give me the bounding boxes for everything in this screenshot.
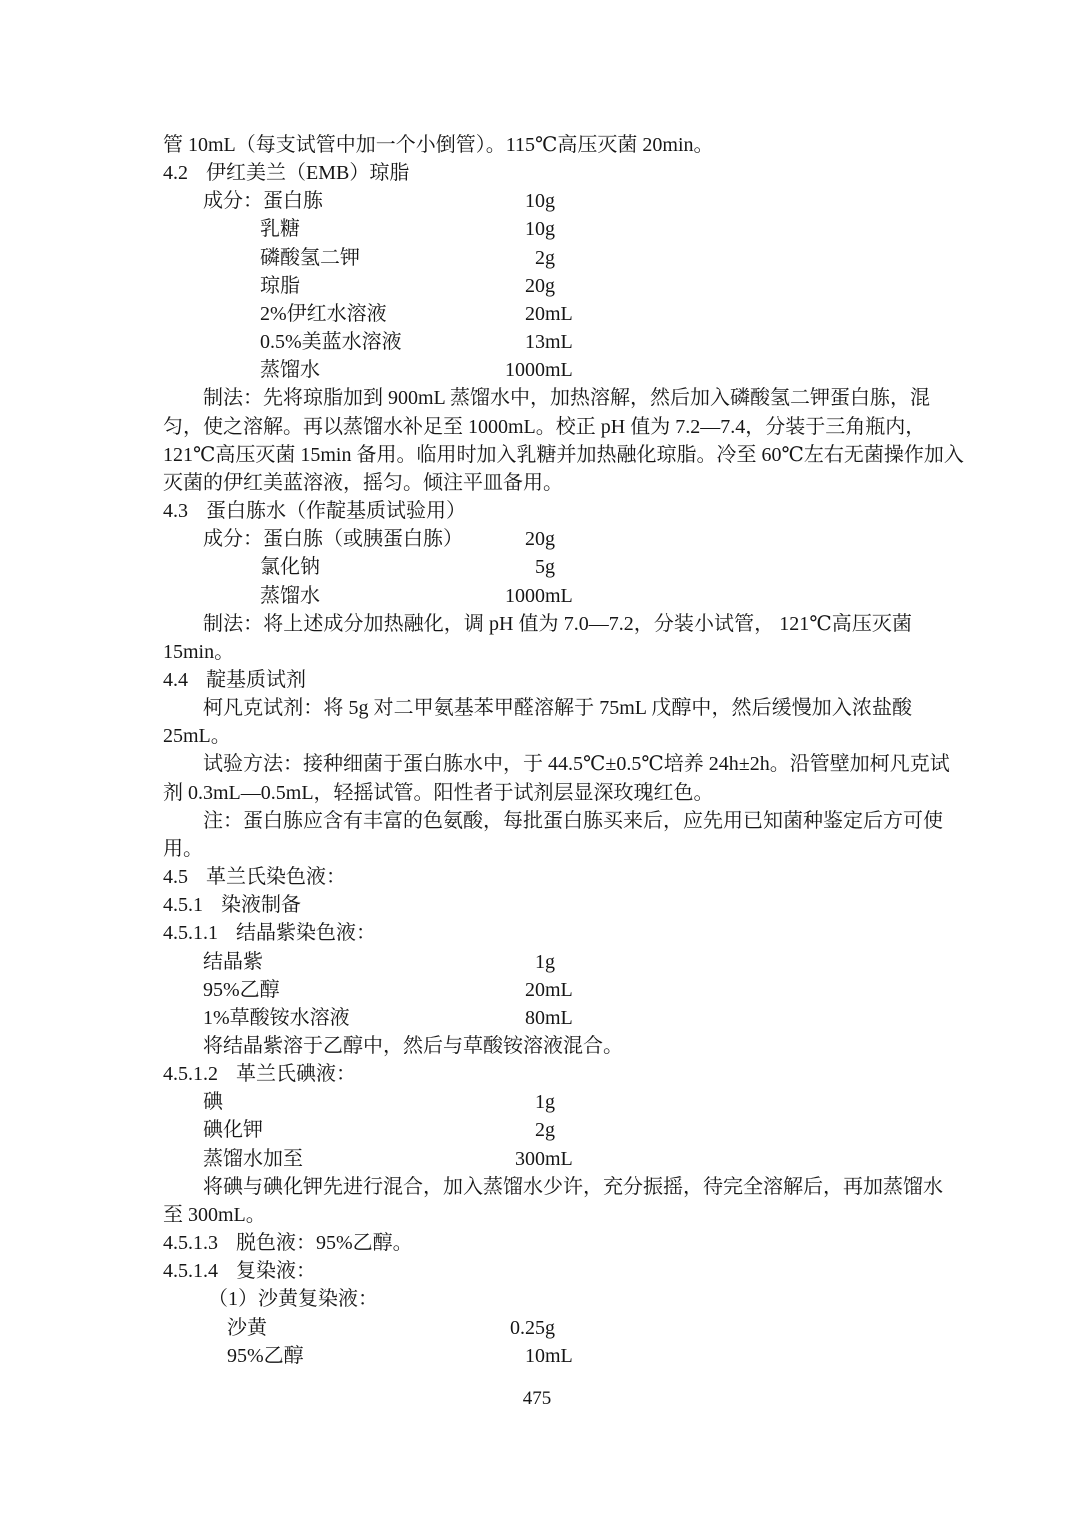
heading-4-5-1-1: 4.5.1.1结晶紫染色液： (163, 919, 912, 947)
ingredient-amount-number: 5 (445, 553, 545, 581)
ingredient-amount-unit: g (545, 951, 555, 973)
ingredient-amount-unit: g (545, 528, 555, 550)
ingredient-amount: 20mL (445, 300, 573, 328)
paragraph-line: 至 300mL。 (163, 1201, 912, 1229)
ingredient-amount: 300mL (445, 1145, 573, 1173)
ingredient-amount-unit: g (545, 190, 555, 212)
paragraph-line: 柯凡克试剂：将 5g 对二甲氨基苯甲醛溶解于 75mL 戊醇中，然后缓慢加入浓盐… (163, 694, 912, 722)
ingredient-row: 2%伊红水溶液20mL (163, 300, 912, 328)
ingredient-name: 蒸馏水加至 (203, 1148, 303, 1170)
ingredient-amount: 20mL (445, 976, 573, 1004)
ingredient-row: 95%乙醇10mL (163, 1342, 912, 1370)
section-number: 4.4 (163, 669, 188, 691)
ingredient-amount: 0.25g (445, 1314, 555, 1342)
document-content: 管 10mL（每支试管中加一个小倒管）。115℃高压灭菌 20min。 4.2伊… (163, 131, 912, 1370)
heading-4-5-1: 4.5.1染液制备 (163, 891, 912, 919)
ingredient-amount-number: 13 (445, 328, 545, 356)
ingredient-amount-number: 1 (445, 948, 545, 976)
section-title: 革兰氏碘液： (236, 1063, 356, 1085)
ingredient-amount: 1g (445, 948, 555, 976)
ingredient-row: 0.5%美蓝水溶液13mL (163, 328, 912, 356)
section-number: 4.5.1.2 (163, 1063, 218, 1085)
paragraph-line: 25mL。 (163, 722, 912, 750)
ingredient-row: 95%乙醇20mL (163, 976, 912, 1004)
ingredient-amount-unit: g (545, 556, 555, 578)
paragraph-line: 剂 0.3mL—0.5mL，轻摇试管。阳性者于试剂层显深玫瑰红色。 (163, 779, 912, 807)
ingredient-amount: 2g (445, 244, 555, 272)
ingredient-amount-unit: g (545, 218, 555, 240)
document-page: 管 10mL（每支试管中加一个小倒管）。115℃高压灭菌 20min。 4.2伊… (0, 0, 1074, 1520)
paragraph-line: 用。 (163, 835, 912, 863)
ingredient-amount-number: 0.25 (445, 1314, 545, 1342)
ingredient-amount-number: 20 (445, 525, 545, 553)
section-title: 结晶紫染色液： (236, 922, 376, 944)
ingredient-row: 结晶紫1g (163, 948, 912, 976)
ingredient-row: 蒸馏水加至300mL (163, 1145, 912, 1173)
ingredient-name: 蒸馏水 (260, 585, 320, 607)
ingredient-amount: 80mL (445, 1004, 573, 1032)
ingredient-name: 1%草酸铵水溶液 (203, 1007, 350, 1029)
ingredient-name: 成分：蛋白胨 (203, 190, 323, 212)
ingredient-amount-number: 20 (445, 976, 545, 1004)
paragraph-line: 制法：将上述成分加热融化，调 pH 值为 7.0—7.2，分装小试管， 121℃… (163, 610, 912, 638)
ingredient-name: 琼脂 (260, 275, 300, 297)
ingredient-amount-unit: g (545, 275, 555, 297)
ingredient-amount: 1000mL (445, 356, 573, 384)
ingredient-amount-unit: mL (545, 1148, 573, 1170)
ingredient-amount-number: 10 (445, 215, 545, 243)
section-number: 4.5 (163, 866, 188, 888)
ingredient-name: 0.5%美蓝水溶液 (260, 331, 402, 353)
ingredient-amount: 1g (445, 1088, 555, 1116)
ingredient-amount-unit: mL (545, 359, 573, 381)
ingredient-row: 成分：蛋白胨10g (163, 187, 912, 215)
ingredient-row: 磷酸氢二钾2g (163, 244, 912, 272)
ingredient-amount: 1000mL (445, 582, 573, 610)
ingredient-amount: 20g (445, 525, 555, 553)
paragraph-line: 121℃高压灭菌 15min 备用。临用时加入乳糖并加热融化琼脂。冷至 60℃左… (163, 441, 912, 469)
ingredient-name: 蒸馏水 (260, 359, 320, 381)
page-number: 475 (0, 1387, 1074, 1411)
ingredient-name: 碘 (203, 1091, 223, 1113)
ingredient-amount-number: 20 (445, 272, 545, 300)
ingredient-name: 95%乙醇 (227, 1345, 304, 1367)
section-number: 4.3 (163, 500, 188, 522)
ingredient-amount-unit: g (545, 1317, 555, 1339)
subitem-line: （1）沙黄复染液： (163, 1285, 912, 1313)
ingredient-amount-unit: mL (545, 1345, 573, 1367)
ingredient-amount-number: 1 (445, 1088, 545, 1116)
heading-4-5: 4.5革兰氏染色液： (163, 863, 912, 891)
ingredient-amount: 10mL (445, 1342, 573, 1370)
paragraph-line: 将结晶紫溶于乙醇中，然后与草酸铵溶液混合。 (163, 1032, 912, 1060)
section-number: 4.5.1.4 (163, 1260, 218, 1282)
paragraph-line: 匀，使之溶解。再以蒸馏水补足至 1000mL。校正 pH 值为 7.2—7.4，… (163, 413, 912, 441)
heading-4-4: 4.4靛基质试剂 (163, 666, 912, 694)
ingredient-row: 1%草酸铵水溶液80mL (163, 1004, 912, 1032)
ingredient-name: 沙黄 (227, 1317, 267, 1339)
ingredient-row: 琼脂20g (163, 272, 912, 300)
ingredient-row: 蒸馏水1000mL (163, 356, 912, 384)
ingredient-amount: 20g (445, 272, 555, 300)
section-number: 4.5.1.3 (163, 1232, 218, 1254)
section-title: 蛋白胨水（作靛基质试验用） (206, 500, 466, 522)
ingredient-amount-unit: g (545, 1119, 555, 1141)
paragraph-line: 制法：先将琼脂加到 900mL 蒸馏水中，加热溶解，然后加入磷酸氢二钾蛋白胨，混 (163, 384, 912, 412)
ingredient-row: 碘化钾2g (163, 1116, 912, 1144)
paragraph-line: 15min。 (163, 638, 912, 666)
section-number: 4.2 (163, 162, 188, 184)
ingredient-name: 2%伊红水溶液 (260, 303, 387, 325)
section-number: 4.5.1 (163, 894, 203, 916)
ingredient-amount-number: 10 (445, 187, 545, 215)
ingredient-amount: 13mL (445, 328, 573, 356)
ingredient-amount: 10g (445, 187, 555, 215)
heading-4-5-1-2: 4.5.1.2革兰氏碘液： (163, 1060, 912, 1088)
section-title: 靛基质试剂 (206, 669, 306, 691)
ingredient-amount-number: 10 (445, 1342, 545, 1370)
ingredient-amount-unit: mL (545, 979, 573, 1001)
ingredient-name: 氯化钠 (260, 556, 320, 578)
ingredient-amount-unit: mL (545, 585, 573, 607)
ingredient-amount: 5g (445, 553, 555, 581)
paragraph-line: 试验方法：接种细菌于蛋白胨水中，于 44.5℃±0.5℃培养 24h±2h。沿管… (163, 750, 912, 778)
section-title: 脱色液：95%乙醇。 (236, 1232, 413, 1254)
ingredient-amount-number: 1000 (445, 582, 545, 610)
ingredient-row: 沙黄0.25g (163, 1314, 912, 1342)
text-line: 管 10mL（每支试管中加一个小倒管）。115℃高压灭菌 20min。 (163, 131, 912, 159)
section-title: 染液制备 (221, 894, 301, 916)
ingredient-amount-number: 1000 (445, 356, 545, 384)
ingredient-amount-number: 20 (445, 300, 545, 328)
ingredient-amount-unit: mL (545, 303, 573, 325)
ingredient-amount-unit: g (545, 1091, 555, 1113)
ingredient-name: 95%乙醇 (203, 979, 280, 1001)
heading-4-2: 4.2伊红美兰（EMB）琼脂 (163, 159, 912, 187)
section-title: 复染液： (236, 1260, 316, 1282)
ingredient-name: 结晶紫 (203, 951, 263, 973)
ingredient-amount-unit: mL (545, 331, 573, 353)
heading-4-3: 4.3蛋白胨水（作靛基质试验用） (163, 497, 912, 525)
paragraph-line: 将碘与碘化钾先进行混合，加入蒸馏水少许，充分振摇，待完全溶解后，再加蒸馏水 (163, 1173, 912, 1201)
ingredient-name: 乳糖 (260, 218, 300, 240)
ingredient-amount: 10g (445, 215, 555, 243)
section-title: 伊红美兰（EMB）琼脂 (206, 162, 409, 184)
ingredient-amount-unit: mL (545, 1007, 573, 1029)
ingredient-name: 磷酸氢二钾 (260, 247, 360, 269)
ingredient-amount-number: 2 (445, 1116, 545, 1144)
ingredient-amount-unit: g (545, 247, 555, 269)
ingredient-row: 氯化钠5g (163, 553, 912, 581)
paragraph-line: 注：蛋白胨应含有丰富的色氨酸，每批蛋白胨买来后，应先用已知菌种鉴定后方可使 (163, 807, 912, 835)
ingredient-amount-number: 300 (445, 1145, 545, 1173)
heading-4-5-1-4: 4.5.1.4复染液： (163, 1257, 912, 1285)
heading-4-5-1-3: 4.5.1.3脱色液：95%乙醇。 (163, 1229, 912, 1257)
ingredient-amount-number: 2 (445, 244, 545, 272)
ingredient-row: 蒸馏水1000mL (163, 582, 912, 610)
ingredient-amount: 2g (445, 1116, 555, 1144)
paragraph-line: 灭菌的伊红美蓝溶液，摇匀。倾注平皿备用。 (163, 469, 912, 497)
ingredient-name: 碘化钾 (203, 1119, 263, 1141)
section-number: 4.5.1.1 (163, 922, 218, 944)
ingredient-row: 碘1g (163, 1088, 912, 1116)
ingredient-row: 成分：蛋白胨（或胰蛋白胨）20g (163, 525, 912, 553)
ingredient-amount-number: 80 (445, 1004, 545, 1032)
section-title: 革兰氏染色液： (206, 866, 346, 888)
ingredient-name: 成分：蛋白胨（或胰蛋白胨） (203, 528, 463, 550)
ingredient-row: 乳糖10g (163, 215, 912, 243)
